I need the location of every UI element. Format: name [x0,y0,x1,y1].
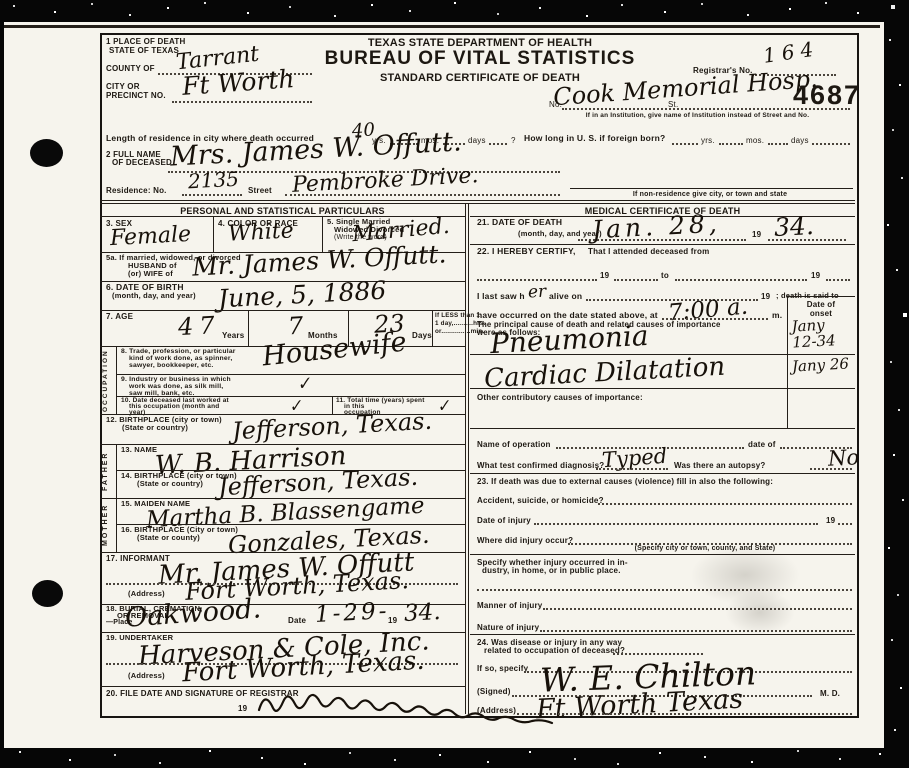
burial-year-value: 34. [403,601,441,626]
days-label: Days [412,331,432,340]
certify-label-bold: 22. I HEREBY CERTIFY, [477,247,576,257]
place-of-death-label: 1 PLACE OF DEATH [106,37,186,46]
scanned-death-certificate: 1 PLACE OF DEATH STATE OF TEXAS COUNTY O… [0,0,909,768]
registrar-year-printed: 19 [238,704,247,713]
onset-box-top [787,296,855,297]
burial-date-value: 1-29- [314,600,390,627]
row-line [470,473,855,474]
sex-value: Female [109,224,191,250]
years-label: Years [222,331,244,340]
full-name-label-2: OF DECEASED [112,158,172,167]
cell-divider [213,216,214,252]
father-name-label: 13. NAME [121,446,157,455]
injury-date-label: Date of injury [477,516,531,525]
days-label-2: days [791,136,809,145]
cause-line [470,388,855,389]
injury-where-label: Where did injury occur? [477,536,573,545]
nonresidence-note: If non-residence give city, or town and … [580,191,840,199]
foreign-born-label: How long in U. S. if foreign born? [524,134,665,144]
row-line [470,634,855,635]
husband-label-3: (or) WIFE of [128,270,173,279]
certify-19b: 19 [811,271,820,280]
dod-year-printed: 19 [752,230,761,239]
city-or-label: CITY OR [106,82,140,91]
blank-dots [182,193,242,196]
physician-address-label: (Address) [477,706,516,715]
operation-label: Name of operation [477,440,551,449]
last-saw-19: 19 [761,292,770,301]
blank-dots [675,278,807,281]
blank-dots [598,502,852,505]
injury-19: 19 [826,516,835,525]
county-label: COUNTY OF [106,64,155,73]
nature-label: Nature of injury [477,623,539,632]
autopsy-label: Was there an autopsy? [674,461,765,470]
certify-19a: 19 [600,271,609,280]
trade-label-3: sawyer, bookkeeper, etc. [129,362,214,370]
residence-no-value: 2135 [188,169,240,192]
birthplace-sublabel: (State or country) [122,424,188,433]
days-label-1: days [468,136,486,145]
mos-label-2: mos. [746,136,764,145]
row-line [470,244,855,245]
row-line [470,554,855,555]
institution-note: If in an Institution, give name of Insti… [540,112,855,119]
specify-label-2: dustry, in home, or in public place. [482,566,621,575]
contributory-label: Other contributory causes of importance: [477,393,643,402]
side-strip [116,498,117,552]
blank-dots [768,238,846,241]
nonres-rule [570,188,853,189]
certify-to-label: to [661,271,669,280]
last-saw-pre: I last saw h [477,292,525,302]
personal-section-title: PERSONAL AND STATISTICAL PARTICULARS [100,206,465,216]
burial-date-label: Date [288,616,306,625]
onset-label-1: Date of [789,300,853,309]
dob-sublabel: (month, day, and year) [112,292,196,301]
hole-punch-bottom [32,580,63,607]
age-label: 7. AGE [106,312,133,321]
precinct-label: PRECINCT NO. [106,91,166,100]
last-saw-hw: er [528,284,547,302]
center-divider [465,203,466,714]
total-time-checkmark: ✓ [438,397,452,416]
if-so-label: If so, specify [477,664,528,673]
street-line [285,193,560,196]
page-top-rule [4,25,880,28]
manner-label: Manner of injury [477,601,542,610]
if-less-label-1: If LESS than 1 [435,312,480,319]
cell-divider [432,310,433,346]
accident-label: Accident, suicide, or homicide? [477,496,604,505]
blank-dots [517,712,852,715]
blank-dots [810,467,852,470]
occurred-m-label: m. [772,311,782,321]
test-label: What test confirmed diagnosis? [477,461,604,470]
state-of-texas-label: STATE OF TEXAS [109,46,179,55]
blank-dots [578,238,746,241]
bureau-title: BUREAU OF VITAL STATISTICS [315,48,645,70]
side-strip [116,444,117,498]
external-causes-label: 23. If death was due to external causes … [477,477,773,486]
age-months-value: 7 [287,314,304,339]
blank-dots [534,522,818,525]
disease-label-2: related to occupation of deceased? [484,646,625,655]
blank-dots [768,142,788,145]
row-line [100,686,465,687]
signed-label: (Signed) [477,687,511,696]
father-side-label: FATHER [102,448,109,494]
section-divider [100,200,855,201]
occupation-side-label: OCCUPATION [102,350,109,412]
blank-dots [838,522,852,525]
dod-year-value: 34. [773,213,814,240]
precinct-blank-line [172,100,312,103]
city-value: Ft Worth [181,66,295,99]
burial-year-printed: 19 [388,616,397,625]
certify-label-rest: That I attended deceased from [588,247,709,256]
blank-dots [826,278,850,281]
residence-no-label: Residence: No. [106,186,167,195]
injury-where-note: (Specify city or town, county, and State… [560,545,850,553]
blank-dots [477,278,597,281]
row-line [470,428,855,429]
cell-divider [248,310,249,346]
row-line [100,310,465,311]
hole-punch-top [30,139,63,167]
cause1-value: Pneumonia [489,322,649,358]
center-divider [468,203,469,714]
cause2-onset-value: Jany 26 [792,356,851,375]
last-saw-mid: alive on [549,292,582,302]
blank-dots [543,607,852,610]
informant-address-label: (Address) [128,590,165,599]
blank-dots [672,142,698,145]
md-label: M. D. [820,689,840,698]
industry-checkmark: ✓ [298,375,313,395]
question-mark: ? [511,136,516,145]
blank-dots [596,467,668,470]
mother-side-label: MOTHER [102,502,109,548]
blank-dots [489,142,507,145]
date-of-death-label: 21. DATE OF DEATH [477,218,562,228]
undertaker-address-label: (Address) [128,672,165,681]
street-label: Street [248,186,272,195]
father-birthplace-sublabel: (State or country) [137,480,203,489]
section-divider [100,203,855,204]
race-value: White [227,220,294,245]
side-strip [116,346,117,414]
operation-date-label: date of [748,440,776,449]
blank-dots [812,142,850,145]
yrs-label-2: yrs. [701,136,715,145]
cause1-onset-value: Jany 12-34 [791,317,851,351]
row-line [116,374,465,375]
mother-birthplace-sublabel: (State or county) [137,534,200,543]
blank-dots [477,588,852,591]
blank-dots [614,278,658,281]
blank-dots [540,629,852,632]
certificate-stamp-number: 4687 [793,80,861,111]
blank-dots [719,142,743,145]
onset-box-left [787,296,788,428]
age-years-value: 47 [177,313,221,339]
